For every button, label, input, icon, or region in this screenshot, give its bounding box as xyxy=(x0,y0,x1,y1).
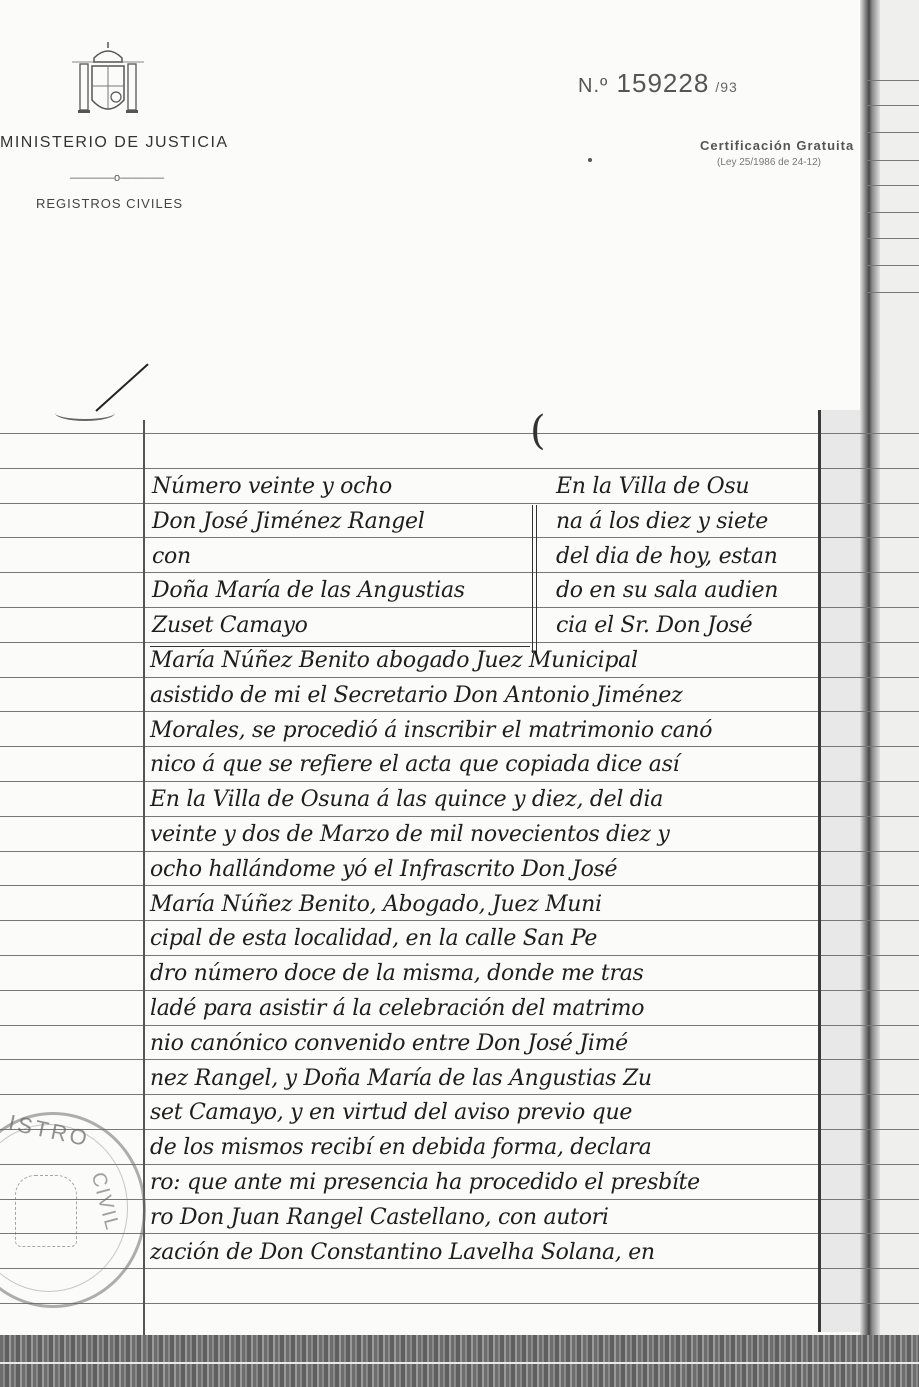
body-line: ro: que ante mi presencia ha procedido e… xyxy=(150,1170,700,1195)
right-margin-column xyxy=(820,410,860,1332)
edge-rule xyxy=(865,105,919,106)
margin-entry-line: Doña María de las Angustias xyxy=(152,578,465,603)
body-line: nez Rangel, y Doña María de las Angustia… xyxy=(150,1066,652,1091)
edge-rule xyxy=(865,265,919,266)
scan-artifact-line xyxy=(0,1362,919,1364)
ruled-line xyxy=(0,468,919,469)
certification-law: (Ley 25/1986 de 24-12) xyxy=(717,157,821,168)
body-line: de los mismos recibí en debida forma, de… xyxy=(150,1135,651,1160)
registration-year: /93 xyxy=(715,79,737,95)
right-margin-rule xyxy=(818,410,821,1332)
ruled-line xyxy=(0,572,919,573)
ink-dot xyxy=(588,158,592,162)
ruled-line xyxy=(0,1268,919,1269)
body-line: na á los diez y siete xyxy=(556,509,768,534)
body-line: nio canónico convenido entre Don José Ji… xyxy=(150,1031,628,1056)
margin-box-bottom xyxy=(150,646,530,647)
registration-number-value: 159228 xyxy=(617,68,710,98)
body-line: María Núñez Benito, Abogado, Juez Muni xyxy=(150,892,602,917)
body-line: En la Villa de Osuna á las quince y diez… xyxy=(150,787,663,812)
edge-rule xyxy=(865,80,919,81)
open-parenthesis-mark: ( xyxy=(530,408,546,454)
body-line: nico á que se refiere el acta que copiad… xyxy=(150,752,679,777)
ruled-line xyxy=(0,1164,919,1165)
ruled-line xyxy=(0,920,919,921)
margin-entry-line: Don José Jiménez Rangel xyxy=(152,509,425,534)
ruled-line xyxy=(0,955,919,956)
scan-bottom-edge xyxy=(0,1335,919,1387)
ruled-line xyxy=(0,1303,919,1304)
margin-entry-line: con xyxy=(152,544,191,569)
body-line: ro Don Juan Rangel Castellano, con autor… xyxy=(150,1205,609,1230)
margin-box-right-rule xyxy=(532,505,537,653)
body-line: ladé para asistir á la celebración del m… xyxy=(150,996,644,1021)
ruled-line xyxy=(0,851,919,852)
registration-prefix: N.º xyxy=(578,75,608,97)
ruled-line xyxy=(0,537,919,538)
ruled-line xyxy=(0,1094,919,1095)
ruled-line xyxy=(0,885,919,886)
ruled-line xyxy=(0,816,919,817)
binding-edge xyxy=(860,0,880,1335)
edge-rule xyxy=(865,132,919,133)
ruled-line xyxy=(0,711,919,712)
seal-crest-icon xyxy=(15,1175,77,1247)
ruled-line xyxy=(0,677,919,678)
ruled-line xyxy=(0,607,919,608)
department-title: REGISTROS CIVILES xyxy=(36,196,183,211)
body-line: cipal de esta localidad, en la calle San… xyxy=(150,926,597,951)
header-divider: ————o———— xyxy=(70,172,164,184)
body-line: María Núñez Benito abogado Juez Municipa… xyxy=(150,648,638,673)
body-line: zación de Don Constantino Lavelha Solana… xyxy=(150,1240,655,1265)
page-edge-shadow xyxy=(880,0,919,1335)
body-line: cia el Sr. Don José xyxy=(556,613,752,638)
ruled-line xyxy=(0,433,919,434)
ruled-line xyxy=(0,990,919,991)
body-line: Morales, se procedió á inscribir el matr… xyxy=(150,718,712,743)
margin-slash-mark xyxy=(95,363,148,411)
certification-title: Certificación Gratuita xyxy=(700,138,854,153)
body-line: En la Villa de Osu xyxy=(556,474,749,499)
ruled-line xyxy=(0,1025,919,1026)
margin-entry-line: Zuset Camayo xyxy=(152,613,308,638)
body-line: del dia de hoy, estan xyxy=(556,544,778,569)
edge-rule xyxy=(865,238,919,239)
margin-entry-line: Número veinte y ocho xyxy=(152,474,392,499)
body-line: ocho hallándome yó el Infrascrito Don Jo… xyxy=(150,857,617,882)
ruled-line xyxy=(0,642,919,643)
edge-rule xyxy=(865,185,919,186)
ink-arc-mark xyxy=(55,405,115,421)
ruled-line xyxy=(0,1059,919,1060)
ruled-line xyxy=(0,746,919,747)
body-line: set Camayo, y en virtud del aviso previo… xyxy=(150,1100,632,1125)
edge-rule xyxy=(865,160,919,161)
body-line: do en su sala audien xyxy=(556,578,778,603)
body-line: dro número doce de la misma, donde me tr… xyxy=(150,961,644,986)
edge-rule xyxy=(865,292,919,293)
ruled-line xyxy=(0,781,919,782)
body-line: asistido de mi el Secretario Don Antonio… xyxy=(150,683,682,708)
ruled-line xyxy=(0,503,919,504)
edge-rule xyxy=(865,212,919,213)
registration-number: N.º 159228/93 xyxy=(578,68,738,99)
body-line: veinte y dos de Marzo de mil novecientos… xyxy=(150,822,669,847)
spanish-coat-of-arms-icon xyxy=(72,40,144,122)
ruled-line xyxy=(0,1129,919,1130)
ministry-title: MINISTERIO DE JUSTICIA xyxy=(0,134,229,152)
